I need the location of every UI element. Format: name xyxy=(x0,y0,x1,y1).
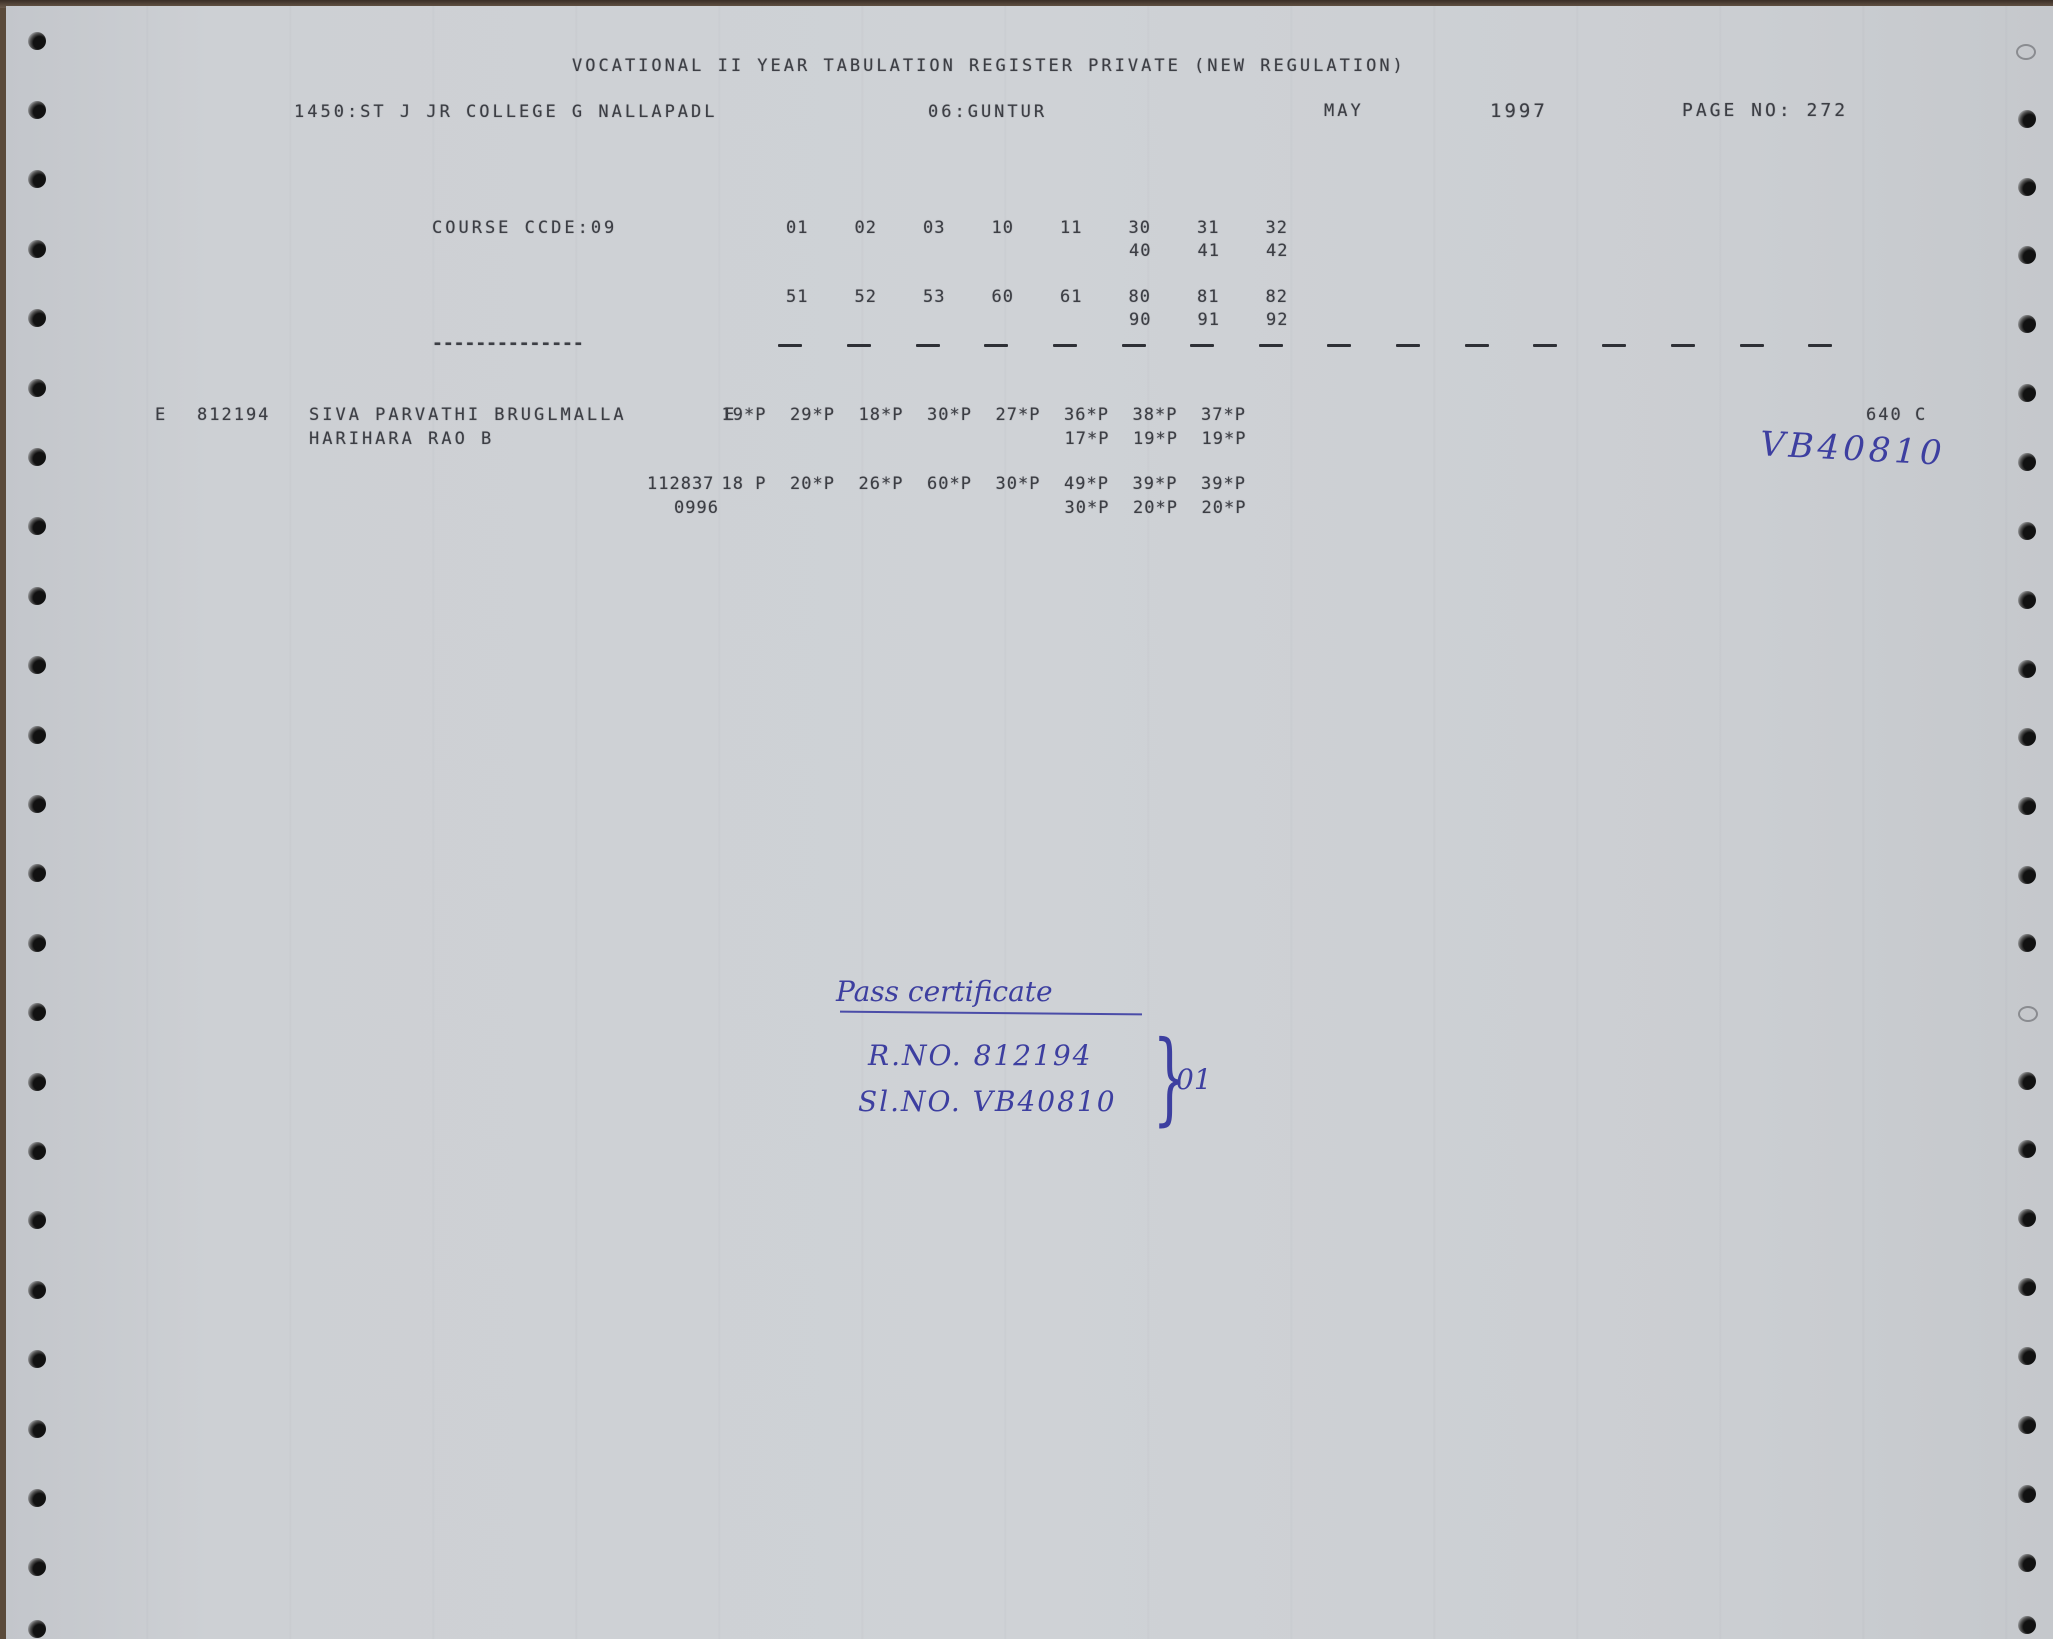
punch-hole-icon xyxy=(28,170,46,188)
punch-hole-icon xyxy=(2018,453,2036,471)
separator-dash xyxy=(1259,344,1283,347)
punch-hole-icon xyxy=(2018,797,2036,815)
punch-hole-icon xyxy=(28,448,46,466)
punch-hole-icon xyxy=(28,1620,46,1638)
subject-mark: 19*P xyxy=(698,407,767,424)
punch-hole-icon xyxy=(28,309,46,327)
punch-hole-icon xyxy=(28,517,46,535)
punch-hole-icon xyxy=(2018,866,2036,884)
punch-hole-icon xyxy=(28,1558,46,1576)
subject-mark: 30*P xyxy=(972,476,1041,493)
separator-left: -------------- xyxy=(432,335,584,353)
separator-dash xyxy=(1808,344,1832,347)
course-code-label: COURSE CCDE:09 xyxy=(432,220,617,237)
punch-hole-icon xyxy=(28,864,46,882)
candidate-medium: E xyxy=(155,407,168,424)
punch-hole-icon xyxy=(2018,315,2036,333)
punch-hole-icon xyxy=(2018,1485,2036,1503)
marks-row-1: 19*P 29*P 18*P 30*P 27*P 36*P 38*P 37*P xyxy=(698,407,1246,424)
subject-mark: 36*P xyxy=(1041,407,1110,424)
separator-dash xyxy=(1602,344,1626,347)
marks-row-1b: 17*P 19*P 19*P xyxy=(1041,431,1247,448)
subject-code: 82 xyxy=(1220,289,1289,306)
separator-dash xyxy=(1465,344,1489,347)
punch-hole-icon xyxy=(2018,1416,2036,1434)
subject-code: 92 xyxy=(1220,312,1289,329)
separator-dash xyxy=(1053,344,1077,347)
subject-mark: 60*P xyxy=(904,476,973,493)
subject-codes-row-2: 51 52 53 60 61 80 81 82 xyxy=(740,289,1288,306)
subject-mark: 18 P xyxy=(698,476,767,493)
subject-code: 31 xyxy=(1151,220,1220,237)
subject-code: 40 xyxy=(1083,243,1152,260)
separator-dash xyxy=(847,344,871,347)
punch-hole-icon xyxy=(28,1073,46,1091)
punch-hole-icon xyxy=(28,1003,46,1021)
handwritten-count: 01 xyxy=(1176,1066,1212,1094)
punch-hole-icon xyxy=(28,587,46,605)
subject-code: 52 xyxy=(809,289,878,306)
candidate-roll-number: 812194 xyxy=(197,407,270,424)
punch-hole-icon xyxy=(28,795,46,813)
subject-mark: 39*P xyxy=(1109,476,1178,493)
subject-codes-row-1: 01 02 03 10 11 30 31 32 xyxy=(740,220,1288,237)
separator-dash xyxy=(1740,344,1764,347)
punch-hole-icon xyxy=(28,1281,46,1299)
register-title: VOCATIONAL II YEAR TABULATION REGISTER P… xyxy=(572,58,1406,75)
punch-hole-icon xyxy=(2018,110,2036,128)
pass-certificate-heading: Pass certificate xyxy=(836,978,1053,1006)
subject-codes-row-2b: 90 91 92 xyxy=(1083,312,1289,329)
subject-code: 90 xyxy=(1083,312,1152,329)
subject-mark: 49*P xyxy=(1041,476,1110,493)
subject-code: 11 xyxy=(1014,220,1083,237)
subject-code: 42 xyxy=(1220,243,1289,260)
candidate-name-line-1: SIVA PARVATHI BRUGLMALLA xyxy=(309,407,627,424)
page-number: PAGE NO: 272 xyxy=(1682,102,1848,120)
subject-mark: 37*P xyxy=(1178,407,1247,424)
punch-hole-icon xyxy=(2018,1209,2036,1227)
punch-hole-icon xyxy=(28,379,46,397)
candidate-total: 640 C xyxy=(1866,407,1927,424)
college-name: 1450:ST J JR COLLEGE G NALLAPADL xyxy=(294,104,718,121)
punch-hole-icon xyxy=(28,1350,46,1368)
handwritten-roll-number: R.NO. 812194 xyxy=(868,1042,1092,1070)
punch-hole-icon xyxy=(28,240,46,258)
subject-code: 10 xyxy=(946,220,1015,237)
punch-hole-icon xyxy=(28,726,46,744)
subject-code: 80 xyxy=(1083,289,1152,306)
punch-hole-icon xyxy=(2018,660,2036,678)
punch-hole-icon xyxy=(2018,384,2036,402)
punch-hole-icon xyxy=(28,934,46,952)
separator-dash xyxy=(916,344,940,347)
marks-row-2: 18 P 20*P 26*P 60*P 30*P 49*P 39*P 39*P xyxy=(698,476,1246,493)
punch-hole-icon xyxy=(2018,1347,2036,1365)
punch-hole-icon xyxy=(2018,1616,2036,1634)
subject-code: 41 xyxy=(1152,243,1221,260)
separator-dash xyxy=(1190,344,1214,347)
subject-mark: 30*P xyxy=(1041,500,1110,517)
tabulation-register-page: VOCATIONAL II YEAR TABULATION REGISTER P… xyxy=(6,6,2053,1639)
subject-mark: 30*P xyxy=(904,407,973,424)
punch-hole-icon xyxy=(28,1489,46,1507)
handwritten-serial-number: VB40810 xyxy=(1759,427,1946,471)
handwritten-serial-entry: Sl.NO. VB40810 xyxy=(858,1088,1117,1116)
punch-hole-icon xyxy=(2018,1554,2036,1572)
punch-hole-icon xyxy=(28,1211,46,1229)
separator-dash xyxy=(1533,344,1557,347)
subject-mark: 17*P xyxy=(1041,431,1110,448)
candidate-name-line-2: HARIHARA RAO B xyxy=(309,431,494,448)
subject-mark: 18*P xyxy=(835,407,904,424)
subject-code: 51 xyxy=(740,289,809,306)
punch-hole-icon xyxy=(2016,44,2036,60)
subject-mark: 27*P xyxy=(972,407,1041,424)
subject-mark: 19*P xyxy=(1110,431,1179,448)
subject-code: 91 xyxy=(1152,312,1221,329)
punch-hole-icon xyxy=(2018,246,2036,264)
subject-mark: 39*P xyxy=(1178,476,1247,493)
punch-hole-icon xyxy=(2018,1006,2038,1022)
punch-hole-icon xyxy=(2018,591,2036,609)
punch-hole-icon xyxy=(2018,1072,2036,1090)
subject-mark: 26*P xyxy=(835,476,904,493)
subject-codes-row-1b: 40 41 42 xyxy=(1083,243,1289,260)
punch-hole-icon xyxy=(28,101,46,119)
punch-hole-icon xyxy=(28,1142,46,1160)
subject-mark: 20*P xyxy=(1110,500,1179,517)
subject-mark: 20*P xyxy=(1178,500,1247,517)
subject-code: 53 xyxy=(877,289,946,306)
separator-dash xyxy=(1122,344,1146,347)
subject-code: 32 xyxy=(1220,220,1289,237)
marks-row-2b: 30*P 20*P 20*P xyxy=(1041,500,1247,517)
punch-hole-icon xyxy=(2018,1278,2036,1296)
subject-code: 61 xyxy=(1014,289,1083,306)
exam-month: MAY xyxy=(1324,103,1364,120)
punch-hole-icon xyxy=(2018,178,2036,196)
subject-code: 03 xyxy=(877,220,946,237)
subject-code: 60 xyxy=(946,289,1015,306)
underline xyxy=(840,1011,1142,1016)
candidate-reference-number-2: 0996 xyxy=(674,500,719,517)
separator-dash xyxy=(778,344,802,347)
punch-hole-icon xyxy=(2018,934,2036,952)
punch-hole-icon xyxy=(28,32,46,50)
separator-dash xyxy=(1671,344,1695,347)
separator-dash xyxy=(1396,344,1420,347)
punch-hole-icon xyxy=(2018,1140,2036,1158)
punch-hole-icon xyxy=(28,1420,46,1438)
punch-hole-icon xyxy=(2018,728,2036,746)
subject-mark: 29*P xyxy=(767,407,836,424)
district: 06:GUNTUR xyxy=(928,104,1047,121)
separator-dash xyxy=(984,344,1008,347)
punch-hole-icon xyxy=(28,656,46,674)
exam-year: 1997 xyxy=(1490,102,1548,121)
subject-code: 30 xyxy=(1083,220,1152,237)
separator-dash xyxy=(1327,344,1351,347)
subject-code: 81 xyxy=(1151,289,1220,306)
subject-mark: 19*P xyxy=(1178,431,1247,448)
subject-mark: 38*P xyxy=(1109,407,1178,424)
subject-code: 02 xyxy=(809,220,878,237)
subject-code: 01 xyxy=(740,220,809,237)
punch-hole-icon xyxy=(2018,522,2036,540)
subject-mark: 20*P xyxy=(767,476,836,493)
